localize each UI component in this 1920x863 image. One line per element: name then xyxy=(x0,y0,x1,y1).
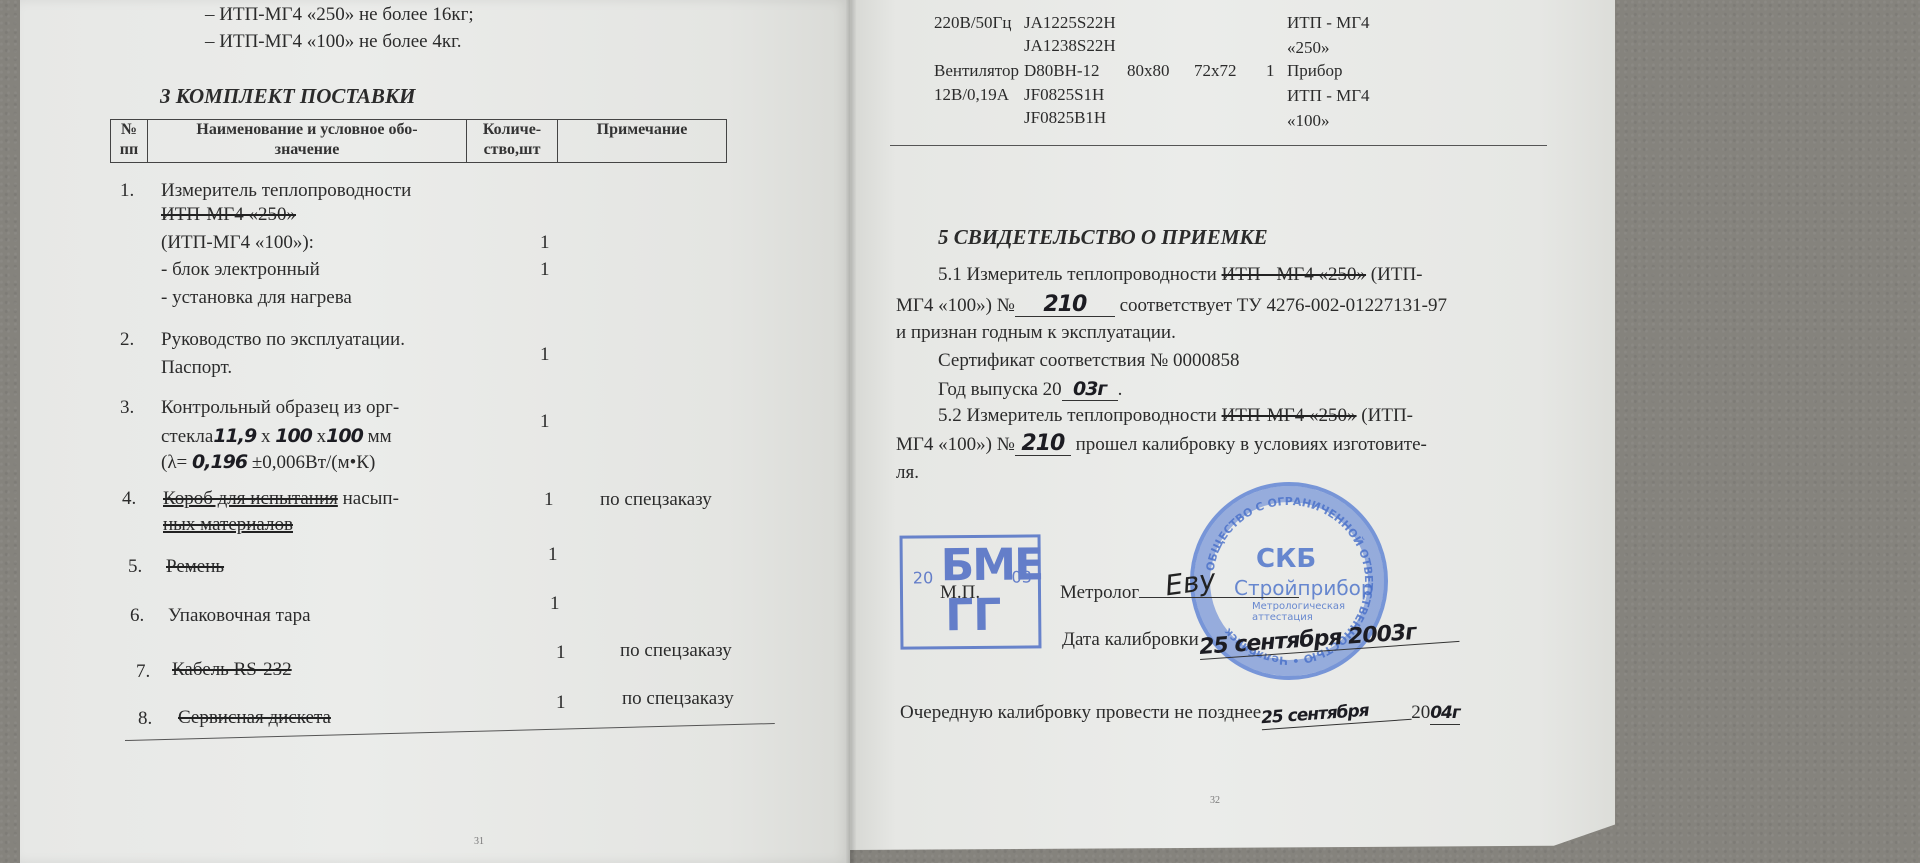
item-qty: 1 xyxy=(540,344,550,366)
item-text-struck: ИТП-МГ4 «250» xyxy=(161,204,296,226)
weight-line-250: – ИТП-МГ4 «250» не более 16кг; xyxy=(205,4,474,26)
text: соответствует ТУ 4276-002-01227131-97 xyxy=(1115,295,1447,316)
item-qty: 1 xyxy=(556,692,566,714)
struck-model: ИТП-МГ4 «250» xyxy=(1222,405,1357,426)
p52-line1: 5.2 Измеритель теплопроводности ИТП-МГ4 … xyxy=(938,405,1413,427)
item-text: (ИТП-МГ4 «100»): xyxy=(161,232,314,254)
next-calibration-line: Очередную калибровку провести не позднее… xyxy=(900,702,1460,725)
text: Год выпуска 20 xyxy=(938,379,1062,400)
metrologist-label: Метролог xyxy=(1060,582,1139,603)
text: 5.1 Измеритель теплопроводности xyxy=(938,264,1222,285)
item-qty: 1 xyxy=(544,489,554,511)
fan-qty: 1 xyxy=(1266,60,1275,82)
text: прошел калибровку в условиях изготовите- xyxy=(1071,434,1427,455)
fan-model: JA1225S22H xyxy=(1024,12,1116,34)
weight-line-100: – ИТП-МГ4 «100» не более 4кг. xyxy=(205,31,462,53)
item-text: (λ= 0,196 ±0,006Вт/(м•К) xyxy=(161,451,375,474)
section-title-delivery-set: 3 КОМПЛЕКТ ПОСТАВКИ xyxy=(160,84,416,109)
p51-line2: МГ4 «100») №210 соответствует ТУ 4276-00… xyxy=(896,294,1447,317)
header-num-2: пп xyxy=(115,140,143,160)
handwritten-serial: 210 xyxy=(1015,294,1115,317)
p51-line1: 5.1 Измеритель теплопроводности ИТП - МГ… xyxy=(938,264,1423,286)
item-text: Короб для испытания насып- xyxy=(163,488,399,510)
handwritten-year: 03г xyxy=(1062,378,1118,401)
item-qty: 1 xyxy=(540,232,550,254)
page-number: 31 xyxy=(474,836,484,847)
section-title-acceptance: 5 СВИДЕТЕЛЬСТВО О ПРИЕМКЕ xyxy=(938,225,1268,250)
fan-size: 80x80 xyxy=(1127,60,1170,82)
stamp-text: 03 xyxy=(1011,567,1032,586)
item-number: 6. xyxy=(130,605,144,627)
fan-model: JF0825S1H xyxy=(1024,84,1104,106)
calibration-date-label: Дата калибровки xyxy=(1062,629,1199,650)
struck-model: ИТП - МГ4 «250» xyxy=(1222,264,1367,285)
fan-note: ИТП - МГ4 xyxy=(1287,85,1370,107)
header-name: Наименование и условное обо- xyxy=(152,120,462,140)
item-note: по спецзаказу xyxy=(620,640,732,662)
item-number: 3. xyxy=(120,397,134,419)
fan-model: JA1238S22H xyxy=(1024,35,1116,57)
item-text: - установка для нагрева xyxy=(161,287,352,309)
item-number: 4. xyxy=(122,488,136,510)
certificate-number: Сертификат соответствия № 0000858 xyxy=(938,350,1240,372)
item-qty: 1 xyxy=(556,642,566,664)
item-text: Контрольный образец из орг- xyxy=(161,397,399,419)
stamp-text: 20 xyxy=(913,568,934,587)
delivery-table-header: №пп Наименование и условное обо-значение… xyxy=(110,119,727,163)
fan-note: ИТП - МГ4 xyxy=(1287,12,1370,34)
fan-note: «100» xyxy=(1287,110,1330,132)
fan-table-bottom-rule xyxy=(890,145,1547,146)
header-qty-2: ство,шт xyxy=(471,140,553,160)
stamp-text: Метрологическая аттестация xyxy=(1252,601,1384,623)
item-text: - блок электронный xyxy=(161,259,320,281)
header-qty: Количе- xyxy=(471,120,553,140)
fan-name: 220В/50Гц xyxy=(934,12,1012,34)
item-text-struck: Кабель RS-232 xyxy=(172,659,292,681)
item-text: Паспорт. xyxy=(161,357,232,379)
item-text-struck: Ремень xyxy=(166,556,224,578)
item-text: Руководство по эксплуатации. xyxy=(161,329,405,351)
item-number: 5. xyxy=(128,556,142,578)
header-note: Примечание xyxy=(562,120,722,140)
item-qty: 1 xyxy=(550,593,560,615)
item-qty: 1 xyxy=(548,544,558,566)
header-name-2: значение xyxy=(152,140,462,160)
item-text: стекла11,9 x 100 x100 мм xyxy=(161,425,392,448)
text: (ИТП- xyxy=(1366,264,1422,285)
page-number: 32 xyxy=(1210,795,1220,806)
p51-line3: и признан годным к эксплуатации. xyxy=(896,322,1176,344)
p52-line3: ля. xyxy=(896,462,919,484)
text: (ИТП- xyxy=(1357,405,1413,426)
signature: Еву xyxy=(1163,563,1218,603)
item-text-struck: Сервисная дискета xyxy=(178,707,331,729)
text: МГ4 «100») № xyxy=(896,295,1015,316)
item-text: ных материалов xyxy=(163,514,293,536)
item-number: 2. xyxy=(120,329,134,351)
text: 5.2 Измеритель теплопроводности xyxy=(938,405,1222,426)
fan-name: Вентилятор xyxy=(934,60,1019,82)
calibration-date-line: Дата калибровки25 сентября 2003г xyxy=(1062,628,1459,651)
fan-mount: 72x72 xyxy=(1194,60,1237,82)
p52-line2: МГ4 «100») №210 прошел калибровку в усло… xyxy=(896,433,1427,456)
item-number: 7. xyxy=(136,661,150,683)
handwritten-next-year: 04г xyxy=(1430,702,1460,725)
item-text: Измеритель теплопроводности xyxy=(161,180,411,202)
handwritten-lambda: 0,196 xyxy=(192,451,247,473)
fan-note: «250» xyxy=(1287,37,1330,59)
fan-name: 12В/0,19А xyxy=(934,84,1009,106)
item-number: 1. xyxy=(120,180,134,202)
handwritten-width: 100 xyxy=(275,425,312,447)
item-qty: 1 xyxy=(540,411,550,433)
handwritten-serial: 210 xyxy=(1015,433,1071,456)
header-num: № xyxy=(115,120,143,140)
item-text: Упаковочная тара xyxy=(168,605,311,627)
seal-place-label: М.П. xyxy=(940,582,980,604)
fan-model: JF0825B1H xyxy=(1024,107,1106,129)
handwritten-thickness: 11,9 xyxy=(213,425,256,447)
fan-note: Прибор xyxy=(1287,60,1343,82)
item-qty: 1 xyxy=(540,259,550,281)
release-year: Год выпуска 2003г. xyxy=(938,378,1122,401)
book-spine xyxy=(846,0,856,863)
item-note: по спецзаказу xyxy=(622,688,734,710)
fan-model: D80BH-12 xyxy=(1024,60,1100,82)
item-number: 8. xyxy=(138,708,152,730)
handwritten-length: 100 xyxy=(326,425,363,447)
item-note: по спецзаказу xyxy=(600,489,712,511)
text: МГ4 «100») № xyxy=(896,434,1015,455)
next-calibration-label: Очередную калибровку провести не позднее xyxy=(900,702,1261,723)
stamp-text: СКБ xyxy=(1256,544,1316,574)
text: 20 xyxy=(1411,702,1430,723)
text: . xyxy=(1118,379,1123,400)
